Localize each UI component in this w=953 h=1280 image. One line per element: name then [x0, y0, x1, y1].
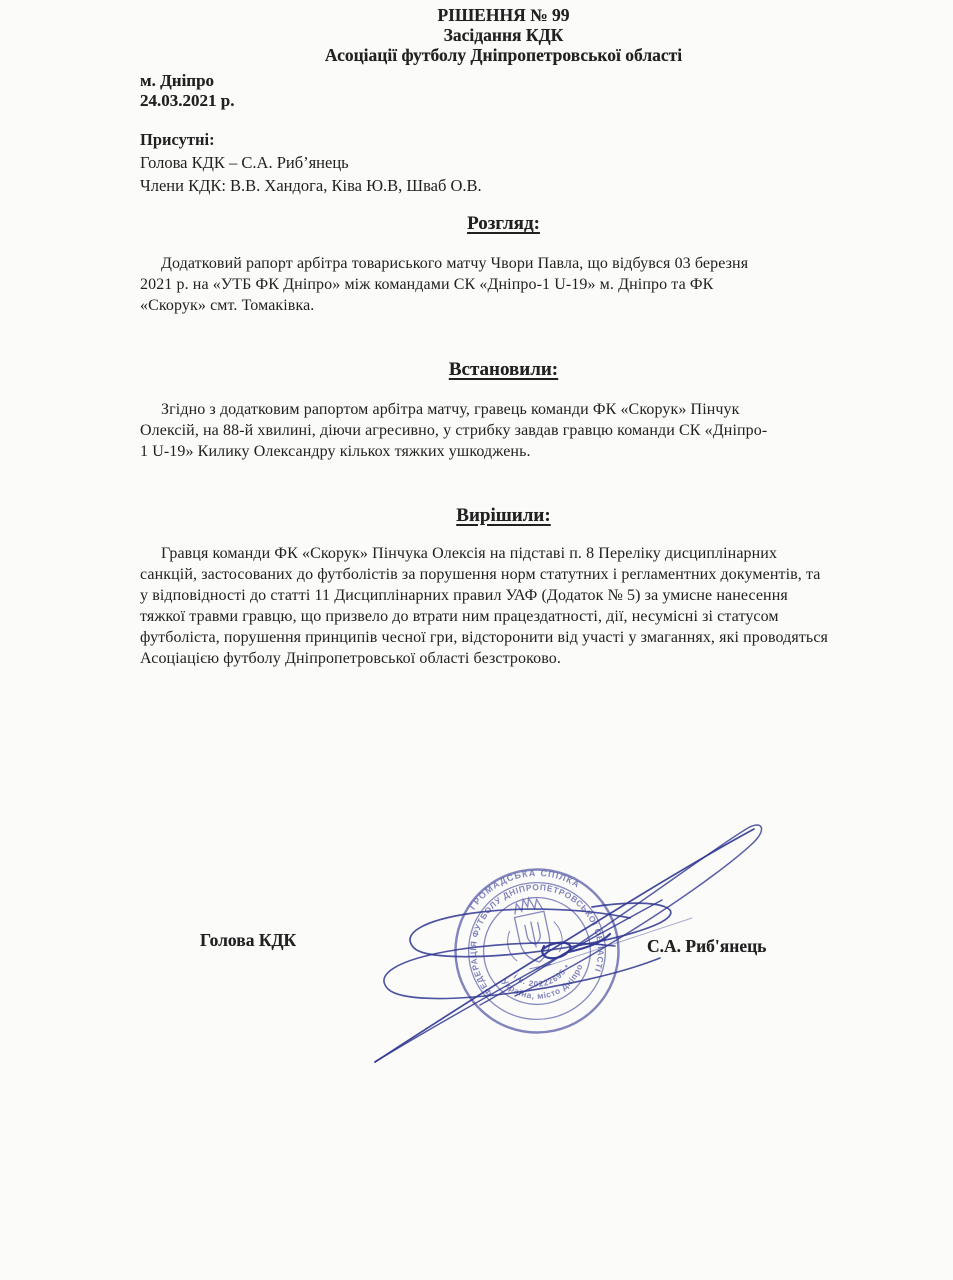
- decided-paragraph-line: Гравця команди ФК «Скорук» Пінчука Олекс…: [140, 545, 777, 563]
- review-paragraph-line: 2021 р. на «УТБ ФК Дніпро» між командами…: [140, 276, 713, 294]
- organization-name: Асоціації футболу Дніпропетровської обла…: [140, 45, 867, 66]
- section-heading-review: Розгляд:: [140, 213, 867, 235]
- signature-stroke-diagonal-2: [375, 900, 662, 1062]
- signature-position-label: Голова КДК: [200, 930, 296, 951]
- decided-paragraph-line: тяжкої травми гравцю, що призвело до втр…: [140, 608, 779, 626]
- document-city: м. Дніпро: [140, 71, 214, 91]
- section-heading-established: Встановили:: [140, 359, 867, 381]
- signature-stroke-diagonal-1: [375, 829, 754, 1062]
- signature-stroke-loop-2: [384, 943, 660, 999]
- document-date: 24.03.2021 р.: [140, 91, 234, 111]
- decision-title: РІШЕННЯ № 99: [140, 5, 867, 26]
- decided-paragraph-line: санкцій, застосованих до футболістів за …: [140, 566, 820, 584]
- handwritten-signature: [330, 800, 870, 1080]
- decided-paragraph-line: футболіста, порушення принципів чесної г…: [140, 629, 828, 647]
- review-paragraph-line: Додатковий рапорт арбітра товариського м…: [140, 255, 748, 273]
- established-paragraph-line: 1 U-19» Килику Олександру кількох тяжких…: [140, 443, 531, 461]
- established-paragraph-line: Згідно з додатковим рапортом арбітра мат…: [140, 401, 740, 419]
- section-heading-decided: Вирішили:: [140, 505, 867, 527]
- established-paragraph-line: Олексій, на 88-й хвилині, діючи агресивн…: [140, 422, 767, 440]
- decided-paragraph-line: у відповідності до статті 11 Дисциплінар…: [140, 587, 788, 605]
- decided-paragraph-line: Асоціацією футболу Дніпропетровської обл…: [140, 650, 561, 668]
- attendees-label: Присутні:: [140, 130, 215, 150]
- review-paragraph-line: «Скорук» смт. Томаківка.: [140, 297, 314, 315]
- document-page: РІШЕННЯ № 99 Засідання КДК Асоціації фут…: [0, 0, 953, 1280]
- decision-subtitle: Засідання КДК: [140, 25, 867, 46]
- attendees-chairman: Голова КДК – С.А. Риб’янець: [140, 153, 349, 173]
- signature-stroke-loop-top: [480, 825, 762, 1005]
- attendees-members: Члени КДК: В.В. Хандога, Ківа Ю.В, Шваб …: [140, 176, 482, 196]
